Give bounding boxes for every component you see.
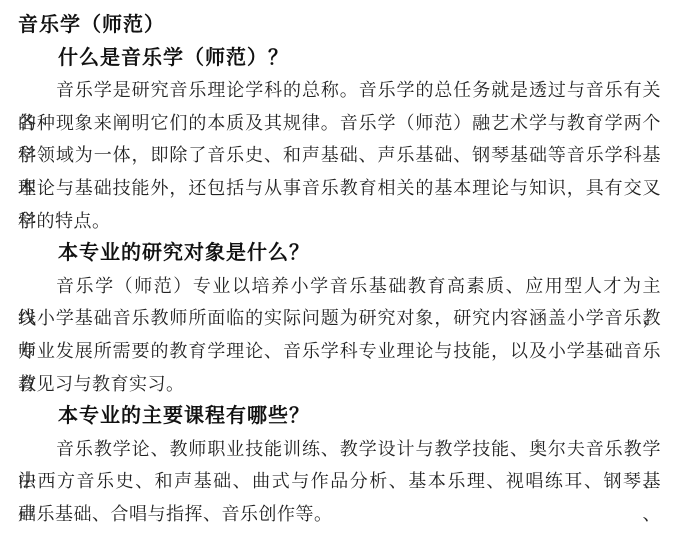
paragraph-line: 中西方音乐史、和声基础、曲式与作品分析、基本乐理、视唱练耳、钢琴基础、 [18,465,661,498]
page-title: 音乐学（师范） [18,9,661,42]
paragraph-line: 以小学基础音乐教师所面临的实际问题为研究对象，研究内容涵盖小学音乐教师 [18,302,661,335]
paragraph-line: 理论与基础技能外，还包括与从事音乐教育相关的基本理论与知识，具有交叉学 [18,172,661,205]
paragraph-line: 音乐学是研究音乐理论学科的总称。音乐学的总任务就是透过与音乐有关的 [18,74,661,107]
paragraph-line: 音乐教学论、教师职业技能训练、教学设计与教学技能、奥尔夫音乐教学法、 [18,433,661,466]
document-blocks: 什么是音乐学（师范）？音乐学是研究音乐理论学科的总称。音乐学的总任务就是透过与音… [18,42,661,531]
paragraph-line: 科的特点。 [18,205,661,238]
paragraph: 音乐学（师范）专业以培养小学音乐基础教育高素质、应用型人才为主线，以小学基础音乐… [18,270,661,400]
section-heading: 本专业的研究对象是什么？ [18,237,661,270]
paragraph: 音乐教学论、教师职业技能训练、教学设计与教学技能、奥尔夫音乐教学法、中西方音乐史… [18,433,661,531]
paragraph-line: 音乐学（师范）专业以培养小学音乐基础教育高素质、应用型人才为主线， [18,270,661,303]
paragraph-line: 科领域为一体，即除了音乐史、和声基础、声乐基础、钢琴基础等音乐学科基本 [18,139,661,172]
paragraph-line: 专业发展所需要的教育学理论、音乐学科专业理论与技能，以及小学基础音乐教 [18,335,661,368]
paragraph-line: 各种现象来阐明它们的本质及其规律。音乐学（师范）融艺术学与教育学两个学 [18,107,661,140]
document-content: 音乐学（师范） 什么是音乐学（师范）？音乐学是研究音乐理论学科的总称。音乐学的总… [18,9,661,531]
section-heading: 本专业的主要课程有哪些？ [18,400,661,433]
paragraph-line: 育见习与教育实习。 [18,368,661,401]
document-page: 音乐学（师范） 什么是音乐学（师范）？音乐学是研究音乐理论学科的总称。音乐学的总… [0,0,676,551]
paragraph: 音乐学是研究音乐理论学科的总称。音乐学的总任务就是透过与音乐有关的各种现象来阐明… [18,74,661,237]
section-heading: 什么是音乐学（师范）？ [18,42,661,75]
